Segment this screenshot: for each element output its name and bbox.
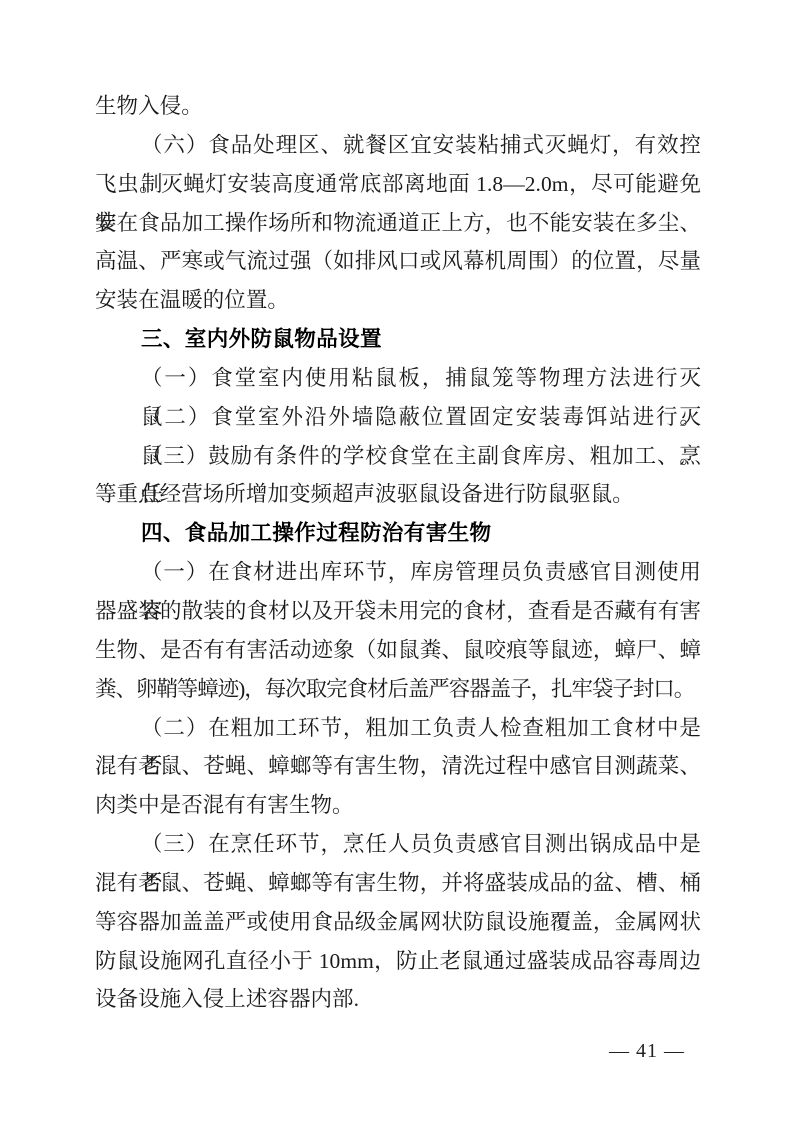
text-line: 等容器加盖盖严或使用食品级金属网状防鼠设施覆盖，金属网状: [95, 903, 701, 942]
document-body: 生物入侵。（六）食品处理区、就餐区宜安装粘捕式灭蝇灯，有效控制飞虫。灭蝇灯安装高…: [95, 87, 701, 1019]
text-line: （一）食堂室内使用粘鼠板，捕鼠笼等物理方法进行灭鼠。: [95, 359, 701, 398]
document-page: 生物入侵。（六）食品处理区、就餐区宜安装粘捕式灭蝇灯，有效控制飞虫。灭蝇灯安装高…: [0, 0, 793, 1122]
text-line: （六）食品处理区、就餐区宜安装粘捕式灭蝇灯，有效控制: [95, 126, 701, 165]
text-line: （二）在粗加工环节，粗加工负责人检查粗加工食材中是否: [95, 709, 701, 748]
text-line: 设备设施入侵上述容器内部.: [95, 980, 701, 1019]
text-line: 安装在温暖的位置。: [95, 281, 701, 320]
text-line: 生物入侵。: [95, 87, 701, 126]
text-line: 飞虫。灭蝇灯安装高度通常底部离地面 1.8—2.0m，尽可能避免安: [95, 165, 701, 204]
text-line: 肉类中是否混有有害生物。: [95, 786, 701, 825]
page-number: — 41 —: [609, 1036, 685, 1066]
text-line: 混有老鼠、苍蝇、蟑螂等有害生物，清洗过程中感官目测蔬菜、: [95, 747, 701, 786]
text-line: 粪、卵鞘等蟑迹)，每次取完食材后盖严容器盖子，扎牢袋子封口。: [95, 670, 701, 709]
text-line: （三）在烹任环节，烹任人员负责感官目测出锅成品中是否: [95, 825, 701, 864]
section-heading: 三、室内外防鼠物品设置: [95, 320, 701, 359]
text-line: 防鼠设施网孔直径小于 10mm，防止老鼠通过盛装成品容毒周边: [95, 942, 701, 981]
text-line: 高温、严寒或气流过强（如排风口或风幕机周围）的位置，尽量: [95, 242, 701, 281]
text-line: 器盛装的散装的食材以及开袋未用完的食材，查看是否藏有有害: [95, 592, 701, 631]
text-line: 装在食品加工操作场所和物流通道正上方，也不能安装在多尘、: [95, 204, 701, 243]
text-line: 等重点经营场所增加变频超声波驱鼠设备进行防鼠驱鼠。: [95, 475, 701, 514]
text-line: 生物、是否有有害活动迹象（如鼠粪、鼠咬痕等鼠迹，蟑尸、蟑: [95, 631, 701, 670]
text-line: （一）在食材进出库环节，库房管理员负责感官目测使用容: [95, 553, 701, 592]
text-line: （二）食堂室外沿外墙隐蔽位置固定安装毒饵站进行灭鼠。: [95, 398, 701, 437]
text-line: 混有老鼠、苍蝇、蟑螂等有害生物，并将盛装成品的盆、槽、桶: [95, 864, 701, 903]
section-heading: 四、食品加工操作过程防治有害生物: [95, 514, 701, 553]
text-line: （三）鼓励有条件的学校食堂在主副食库房、粗加工、烹任: [95, 437, 701, 476]
